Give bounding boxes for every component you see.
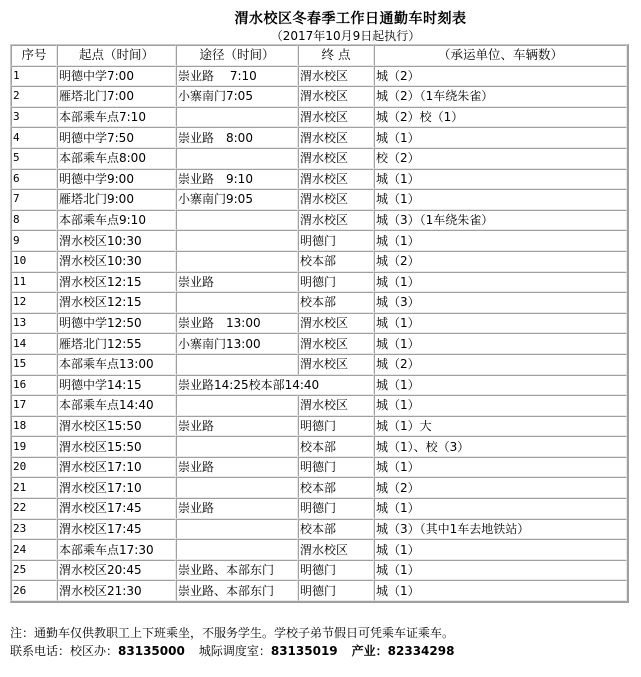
row-number: 4 [11,127,57,148]
route [176,251,298,272]
destination: 渭水校区 [298,395,374,416]
row-number: 6 [11,169,57,190]
table-row: 9渭水校区10:30明德门城（1） [11,230,627,251]
start-point: 渭水校区15:50 [57,436,176,457]
route: 崇业路 [176,416,298,437]
carrier: 城（1） [374,498,627,519]
effective-date: （2017年10月9日起执行） [0,27,641,44]
row-number: 11 [11,272,57,293]
row-number: 26 [11,580,57,601]
start-point: 渭水校区17:45 [57,519,176,540]
table-row: 2雁塔北门7:00小寨南门7:05渭水校区城（2）（1车绕朱雀） [11,86,627,107]
carrier: 城（1） [374,539,627,560]
row-number: 21 [11,477,57,498]
route [176,519,298,540]
start-point: 渭水校区17:45 [57,498,176,519]
row-number: 13 [11,313,57,334]
route [176,539,298,560]
table-row: 21渭水校区17:10校本部城（2） [11,477,627,498]
start-point: 渭水校区10:30 [57,251,176,272]
table-row: 10渭水校区10:30校本部城（2） [11,251,627,272]
destination: 明德门 [298,272,374,293]
carrier: 城（3） [374,292,627,313]
start-point: 本部乘车点14:40 [57,395,176,416]
destination: 校本部 [298,477,374,498]
carrier: 城（1） [374,457,627,478]
table-row: 16明德中学14:15崇业路14:25校本部14:40城（1） [11,375,627,396]
route: 小寨南门13:00 [176,333,298,354]
contact-line: 联系电话：校区办：83135000城际调度室：83135019产业：823342… [10,642,454,660]
destination: 渭水校区 [298,86,374,107]
destination: 明德门 [298,457,374,478]
destination: 明德门 [298,230,374,251]
table-row: 23渭水校区17:45校本部城（3）（其中1车去地铁站） [11,519,627,540]
route: 崇业路 13:00 [176,313,298,334]
carrier: 城（1）、校（3） [374,436,627,457]
header-destination: 终 点 [298,45,374,66]
destination: 渭水校区 [298,148,374,169]
carrier: 城（1） [374,580,627,601]
start-point: 雁塔北门7:00 [57,86,176,107]
destination: 渭水校区 [298,313,374,334]
start-point: 雁塔北门12:55 [57,333,176,354]
destination: 明德门 [298,416,374,437]
start-point: 渭水校区17:10 [57,457,176,478]
table-row: 26渭水校区21:30崇业路、本部东门明德门城（1） [11,580,627,601]
table-row: 8本部乘车点9:10渭水校区城（3）（1车绕朱雀） [11,210,627,231]
table-row: 20渭水校区17:10崇业路明德门城（1） [11,457,627,478]
destination: 渭水校区 [298,189,374,210]
row-number: 22 [11,498,57,519]
row-number: 1 [11,66,57,87]
start-point: 本部乘车点13:00 [57,354,176,375]
carrier: 城（2）（1车绕朱雀） [374,86,627,107]
route [176,354,298,375]
row-number: 7 [11,189,57,210]
start-point: 明德中学12:50 [57,313,176,334]
carrier: 城（1） [374,333,627,354]
start-point: 明德中学14:15 [57,375,176,396]
carrier: 城（3）（1车绕朱雀） [374,210,627,231]
carrier: 城（1） [374,230,627,251]
table-row: 17本部乘车点14:40渭水校区城（1） [11,395,627,416]
route [176,292,298,313]
route: 小寨南门9:05 [176,189,298,210]
destination: 明德门 [298,560,374,581]
start-point: 本部乘车点9:10 [57,210,176,231]
contact-dispatch-label: 城际调度室： [199,644,271,658]
contact-label: 联系电话： [10,644,70,658]
row-number: 10 [11,251,57,272]
contact-campus-office-number: 83135000 [118,644,185,658]
notes-section: 注：通勤车仅供教职工上下班乘坐，不服务学生。学校子弟节假日可凭乘车证乘车。 联系… [10,624,454,660]
carrier: 城（2） [374,251,627,272]
contact-campus-office-label: 校区办： [70,644,118,658]
row-number: 12 [11,292,57,313]
row-number: 9 [11,230,57,251]
route [176,436,298,457]
note-text: 注：通勤车仅供教职工上下班乘坐，不服务学生。学校子弟节假日可凭乘车证乘车。 [10,624,454,642]
destination: 渭水校区 [298,107,374,128]
row-number: 16 [11,375,57,396]
start-point: 渭水校区12:15 [57,292,176,313]
route [176,107,298,128]
table-row: 24本部乘车点17:30渭水校区城（1） [11,539,627,560]
table-row: 5本部乘车点8:00渭水校区校（2） [11,148,627,169]
route [176,395,298,416]
carrier: 城（2） [374,477,627,498]
row-number: 3 [11,107,57,128]
destination: 渭水校区 [298,354,374,375]
table-header-row: 序号 起点（时间） 途径（时间） 终 点 （承运单位、车辆数） [11,45,627,66]
page-title: 渭水校区冬春季工作日通勤车时刻表 [0,8,641,28]
row-number: 25 [11,560,57,581]
row-number: 8 [11,210,57,231]
carrier: 城（1） [374,560,627,581]
destination: 渭水校区 [298,66,374,87]
destination: 渭水校区 [298,539,374,560]
carrier: 城（1） [374,127,627,148]
row-number: 15 [11,354,57,375]
destination: 校本部 [298,251,374,272]
carrier: 城（2）校（1） [374,107,627,128]
table-body: 1明德中学7:00崇业路 7:10渭水校区城（2）2雁塔北门7:00小寨南门7:… [11,66,627,601]
table-row: 22渭水校区17:45崇业路明德门城（1） [11,498,627,519]
carrier: 城（2） [374,66,627,87]
table-row: 3本部乘车点7:10渭水校区城（2）校（1） [11,107,627,128]
header-carrier: （承运单位、车辆数） [374,45,627,66]
destination: 渭水校区 [298,127,374,148]
row-number: 23 [11,519,57,540]
route: 崇业路 8:00 [176,127,298,148]
row-number: 17 [11,395,57,416]
start-point: 明德中学7:00 [57,66,176,87]
table-row: 14雁塔北门12:55小寨南门13:00渭水校区城（1） [11,333,627,354]
destination: 校本部 [298,436,374,457]
destination: 渭水校区 [298,210,374,231]
contact-dispatch-number: 83135019 [271,644,338,658]
start-point: 本部乘车点8:00 [57,148,176,169]
start-point: 雁塔北门9:00 [57,189,176,210]
start-point: 明德中学9:00 [57,169,176,190]
row-number: 14 [11,333,57,354]
table-row: 19渭水校区15:50校本部城（1）、校（3） [11,436,627,457]
destination: 渭水校区 [298,333,374,354]
route: 崇业路 [176,498,298,519]
destination: 明德门 [298,498,374,519]
start-point: 渭水校区15:50 [57,416,176,437]
start-point: 渭水校区10:30 [57,230,176,251]
route [176,230,298,251]
carrier: 城（1） [374,272,627,293]
row-number: 24 [11,539,57,560]
start-point: 渭水校区20:45 [57,560,176,581]
row-number: 18 [11,416,57,437]
destination: 校本部 [298,292,374,313]
carrier: 城（2） [374,354,627,375]
route [176,477,298,498]
route [176,148,298,169]
table-row: 7雁塔北门9:00小寨南门9:05渭水校区城（1） [11,189,627,210]
route: 崇业路 9:10 [176,169,298,190]
row-number: 19 [11,436,57,457]
carrier: 城（1）大 [374,416,627,437]
carrier: 城（1） [374,169,627,190]
carrier: 城（1） [374,313,627,334]
table-row: 11渭水校区12:15崇业路明德门城（1） [11,272,627,293]
route [176,210,298,231]
route: 崇业路 [176,272,298,293]
destination: 校本部 [298,519,374,540]
contact-industry-number: 82334298 [388,644,455,658]
route: 小寨南门7:05 [176,86,298,107]
shuttle-schedule-table: 序号 起点（时间） 途径（时间） 终 点 （承运单位、车辆数） 1明德中学7:0… [10,44,629,603]
start-point: 渭水校区12:15 [57,272,176,293]
table-row: 18渭水校区15:50崇业路明德门城（1）大 [11,416,627,437]
row-number: 5 [11,148,57,169]
row-number: 2 [11,86,57,107]
contact-industry-label: 产业： [352,644,388,658]
route: 崇业路 [176,457,298,478]
route: 崇业路、本部东门 [176,560,298,581]
start-point: 本部乘车点7:10 [57,107,176,128]
table-row: 15本部乘车点13:00渭水校区城（2） [11,354,627,375]
start-point: 本部乘车点17:30 [57,539,176,560]
table-row: 6明德中学9:00崇业路 9:10渭水校区城（1） [11,169,627,190]
destination: 明德门 [298,580,374,601]
carrier: 城（1） [374,395,627,416]
table-row: 13明德中学12:50崇业路 13:00渭水校区城（1） [11,313,627,334]
destination: 渭水校区 [298,169,374,190]
header-start: 起点（时间） [57,45,176,66]
table-row: 25渭水校区20:45崇业路、本部东门明德门城（1） [11,560,627,581]
carrier: 城（3）（其中1车去地铁站） [374,519,627,540]
start-point: 明德中学7:50 [57,127,176,148]
carrier: 城（1） [374,189,627,210]
table-row: 1明德中学7:00崇业路 7:10渭水校区城（2） [11,66,627,87]
header-no: 序号 [11,45,57,66]
table-row: 4明德中学7:50崇业路 8:00渭水校区城（1） [11,127,627,148]
carrier: 城（1） [374,375,627,396]
start-point: 渭水校区17:10 [57,477,176,498]
header-route: 途径（时间） [176,45,298,66]
carrier: 校（2） [374,148,627,169]
row-number: 20 [11,457,57,478]
route: 崇业路、本部东门 [176,580,298,601]
start-point: 渭水校区21:30 [57,580,176,601]
table-row: 12渭水校区12:15校本部城（3） [11,292,627,313]
route: 崇业路14:25校本部14:40 [176,375,374,396]
route: 崇业路 7:10 [176,66,298,87]
